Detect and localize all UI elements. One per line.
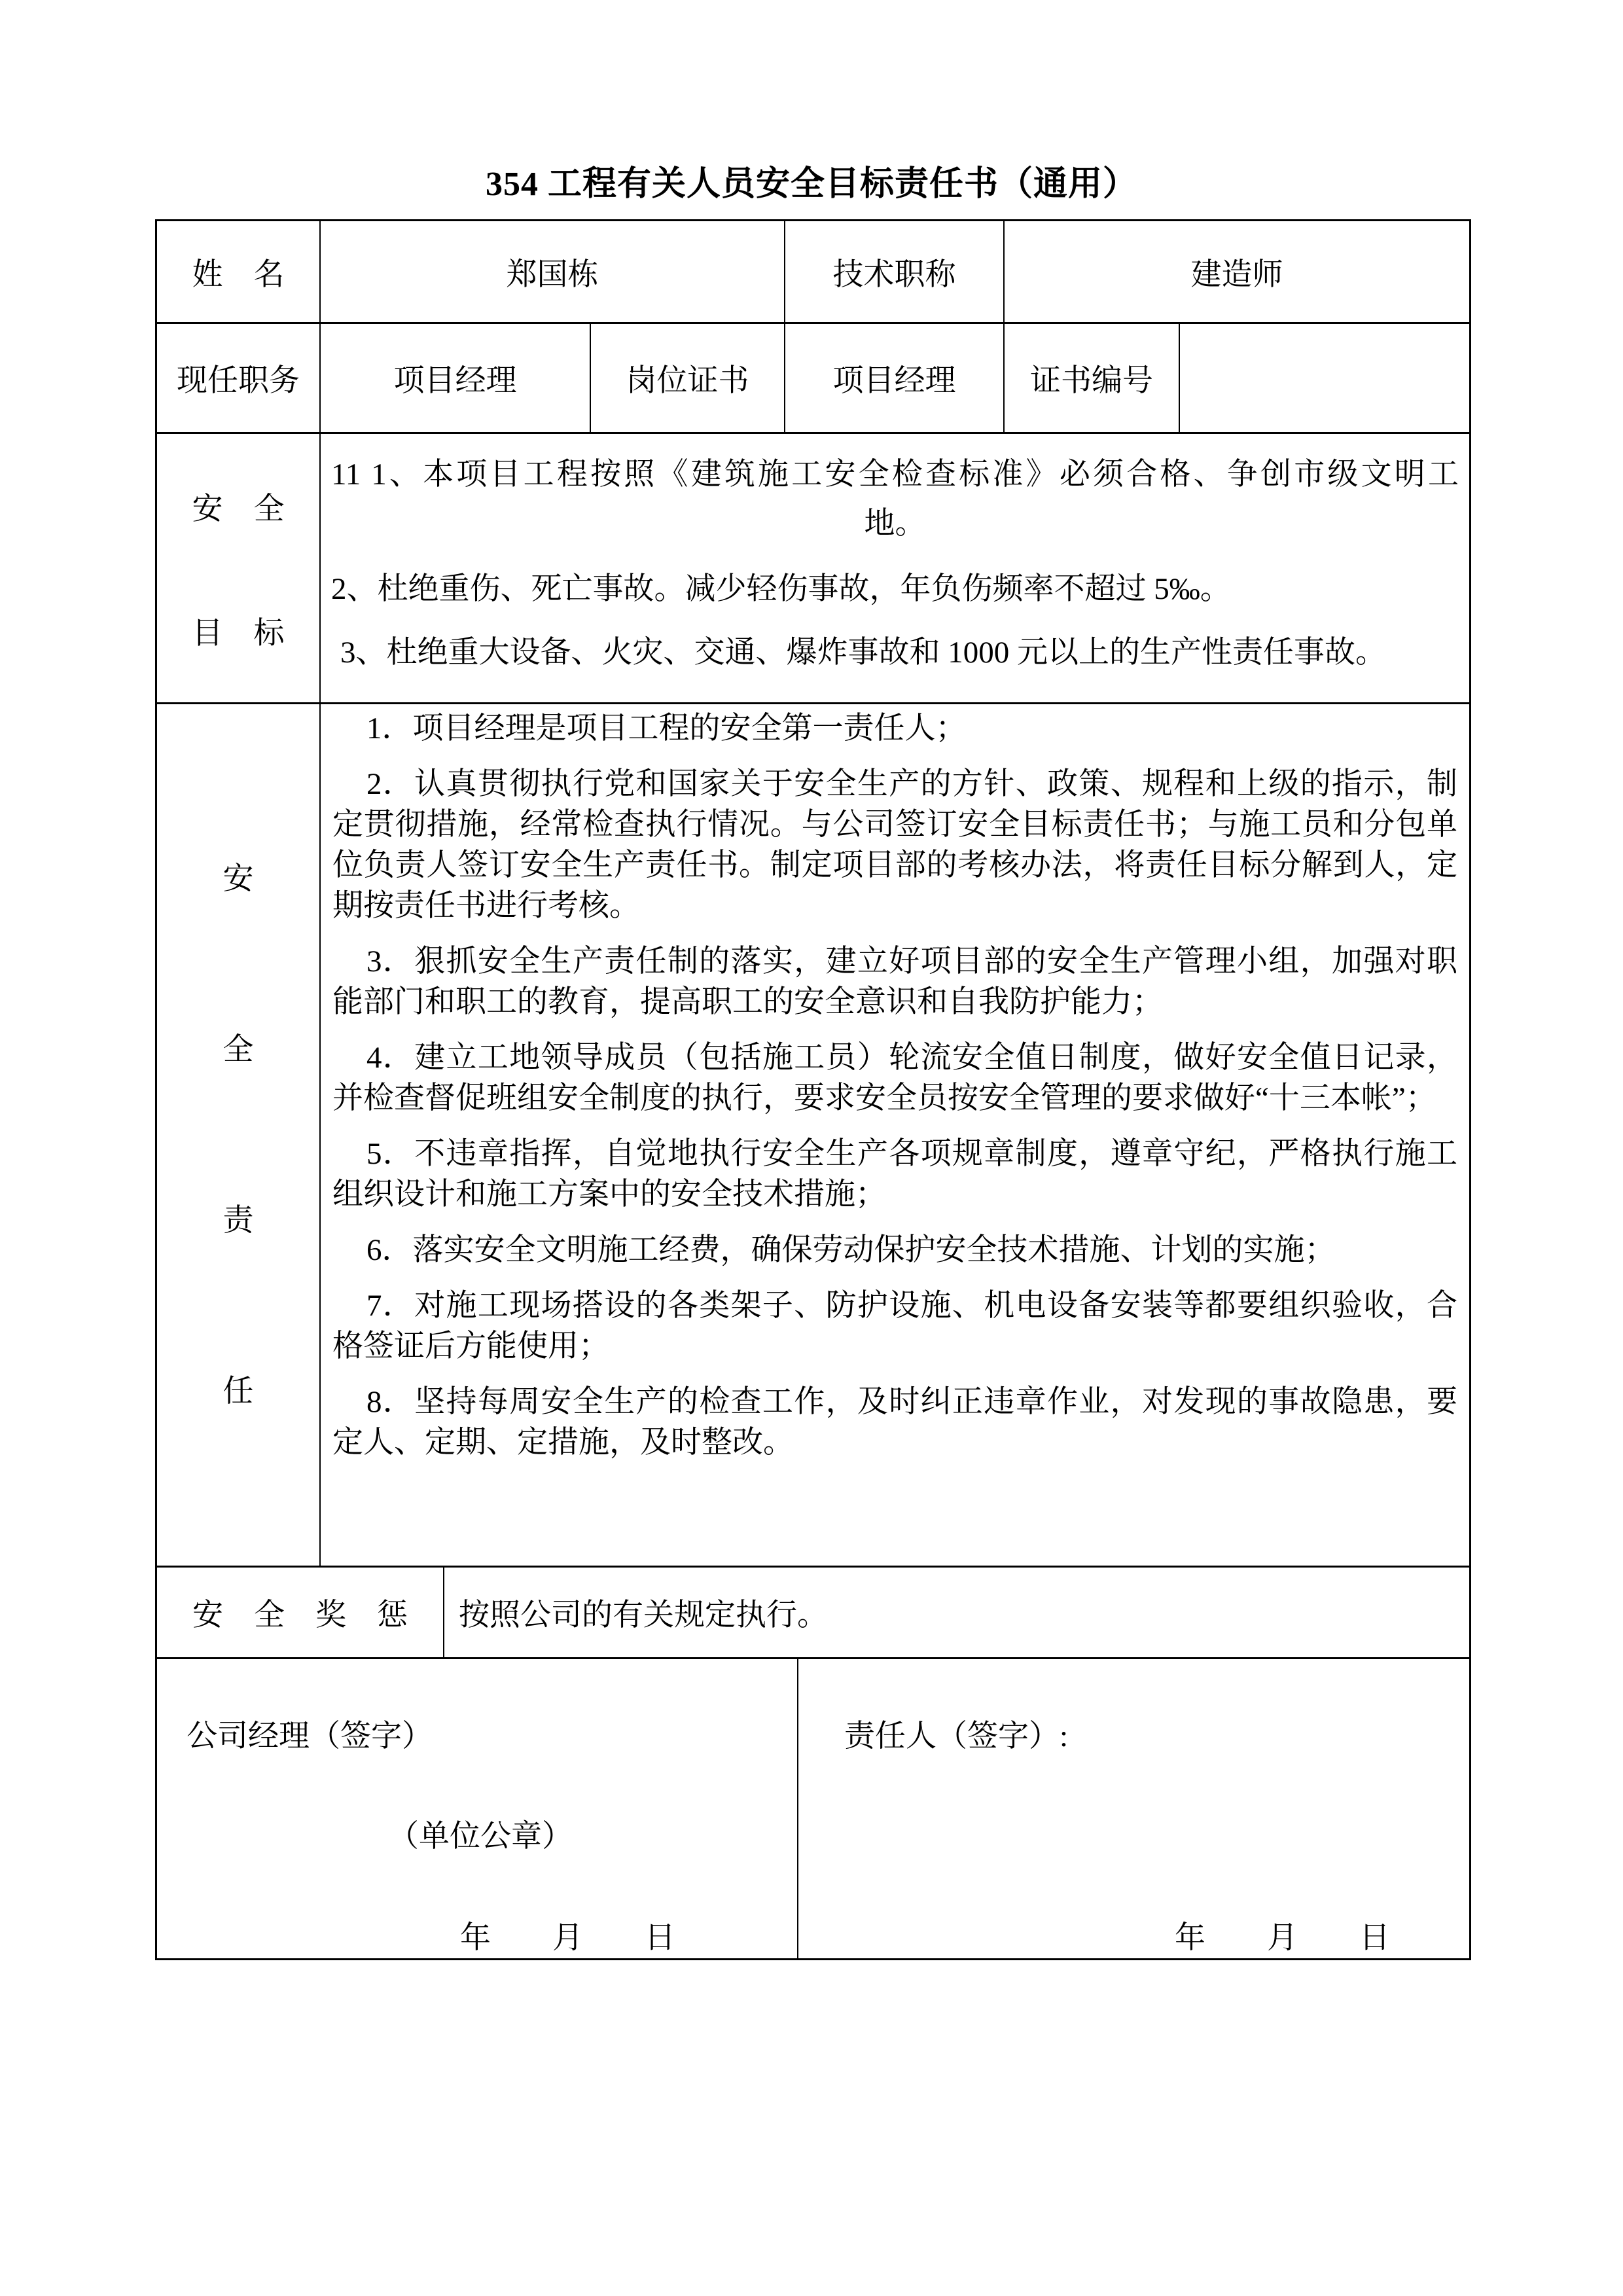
safety-goals-row: 安 全 目 标 11 1、本项目工程按照《建筑施工安全检查标准》必须合格、争创市… [157,432,1469,702]
left-date-line: 年 月 日 [157,1922,797,1954]
reward-row: 安 全 奖 惩 按照公司的有关规定执行。 [157,1566,1469,1657]
company-seal-label: （单位公章） [157,1820,797,1853]
right-date-line: 年 月 日 [798,1922,1469,1954]
cert-label: 岗位证书 [590,324,784,432]
responsibility-item-8: 8．坚持每周安全生产的检查工作，及时纠正违章作业，对发现的事故隐患，要定人、定期… [332,1382,1457,1463]
responsibility-label-char-2: 全 [223,1033,254,1066]
duty-row: 现任职务 项目经理 岗位证书 项目经理 证书编号 [157,322,1469,432]
signature-left-cell: 公司经理（签字） （单位公章） 年 月 日 [157,1659,797,1958]
responsibility-item-6: 6．落实安全文明施工经费，确保劳动保护安全技术措施、计划的实施； [332,1230,1457,1270]
signature-row: 公司经理（签字） （单位公章） 年 月 日 责任人（签字）: 年 月 日 [157,1657,1469,1958]
safety-goals-label-line2: 目 标 [192,609,285,653]
responsibility-label-char-1: 安 [223,863,254,895]
name-label: 姓 名 [157,221,319,322]
name-row: 姓 名 郑国栋 技术职称 建造师 [157,221,1469,322]
responsibility-item-1: 1．项目经理是项目工程的安全第一责任人； [332,708,1457,749]
name-value: 郑国栋 [319,221,784,322]
safety-goals-label: 安 全 目 标 [157,434,319,702]
safety-goals-label-line1: 安 全 [192,484,285,528]
tech-title-label: 技术职称 [784,221,1003,322]
responsibility-item-5: 5．不违章指挥，自觉地执行安全生产各项规章制度，遵章守纪，严格执行施工组织设计和… [332,1134,1457,1215]
responsibility-form-table: 姓 名 郑国栋 技术职称 建造师 现任职务 项目经理 岗位证书 项目经理 证书编… [155,219,1471,1960]
goal-item-1-line-1: 11 1、本项目工程按照《建筑施工安全检查标准》必须合格、争创市级文明工 [331,450,1459,499]
document-title: 354 工程有关人员安全目标责任书（通用） [0,156,1623,205]
duty-label: 现任职务 [157,324,319,432]
goal-item-1: 11 1、本项目工程按照《建筑施工安全检查标准》必须合格、争创市级文明工 地。 [331,450,1459,548]
tech-title-value: 建造师 [1003,221,1469,322]
responsibility-item-3: 3．狠抓安全生产责任制的落实，建立好项目部的安全生产管理小组，加强对职能部门和职… [332,941,1457,1022]
responsibility-item-2: 2．认真贯彻执行党和国家关于安全生产的方针、政策、规程和上级的指示，制定贯彻措施… [332,764,1457,926]
reward-label: 安 全 奖 惩 [157,1568,443,1657]
safety-responsibility-label: 安 全 责 任 [157,704,319,1566]
signature-right-cell: 责任人（签字）: 年 月 日 [797,1659,1469,1958]
responsibility-item-7: 7．对施工现场搭设的各类架子、防护设施、机电设备安装等都要组织验收，合格签证后方… [332,1285,1457,1367]
goal-item-1-line-2: 地。 [331,499,1459,548]
safety-responsibility-row: 安 全 责 任 1．项目经理是项目工程的安全第一责任人； 2．认真贯彻执行党和国… [157,702,1469,1566]
cert-value: 项目经理 [784,324,1003,432]
reward-content-text: 按照公司的有关规定执行。 [459,1590,828,1634]
document-page: 354 工程有关人员安全目标责任书（通用） 姓 名 郑国栋 技术职称 建造师 现… [0,0,1623,2296]
responsible-sign-label: 责任人（签字）: [798,1720,1469,1753]
safety-responsibility-content: 1．项目经理是项目工程的安全第一责任人； 2．认真贯彻执行党和国家关于安全生产的… [319,704,1469,1566]
responsibility-item-4: 4．建立工地领导成员（包括施工员）轮流安全值日制度，做好安全值日记录，并检查督促… [332,1037,1457,1119]
goal-item-2: 2、杜绝重伤、死亡事故。减少轻伤事故，年负伤频率不超过 5‰。 [331,565,1459,614]
responsibility-label-char-4: 任 [223,1375,254,1408]
manager-sign-label: 公司经理（签字） [157,1720,797,1753]
cert-no-label: 证书编号 [1003,324,1179,432]
cert-no-value [1179,324,1469,432]
duty-value: 项目经理 [319,324,590,432]
goal-item-3: 3、杜绝重大设备、火灾、交通、爆炸事故和 1000 元以上的生产性责任事故。 [331,628,1459,677]
safety-goals-content: 11 1、本项目工程按照《建筑施工安全检查标准》必须合格、争创市级文明工 地。 … [319,434,1469,702]
responsibility-label-char-3: 责 [223,1204,254,1237]
reward-content: 按照公司的有关规定执行。 [443,1568,1469,1657]
